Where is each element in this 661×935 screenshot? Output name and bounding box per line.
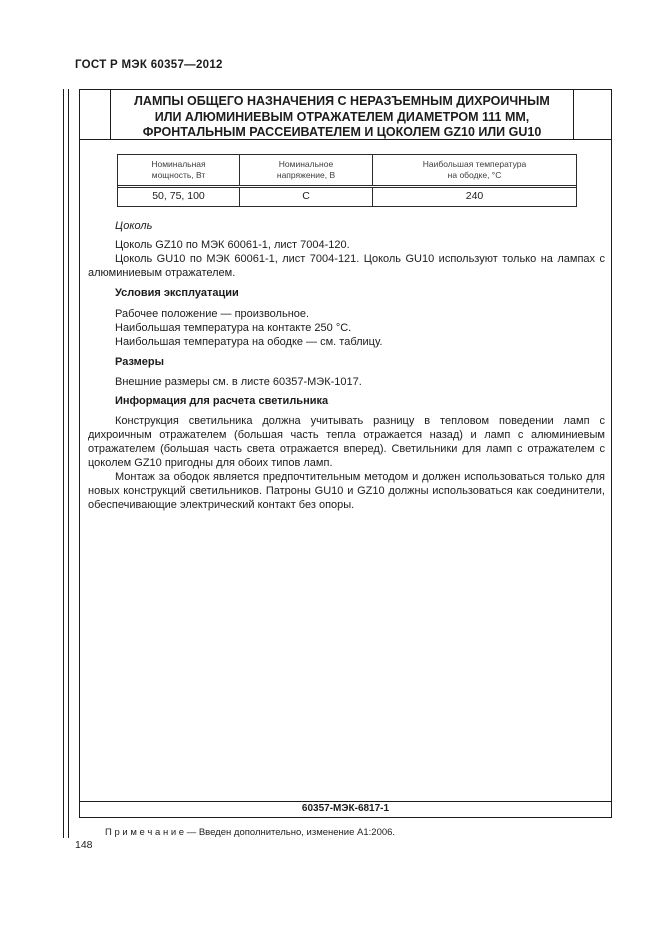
- cap-paragraph-1: Цоколь GZ10 по МЭК 60061-1, лист 7004-12…: [115, 238, 605, 252]
- value-temperature: 240: [373, 188, 576, 206]
- operating-line-1: Рабочее положение — произвольное.: [115, 307, 605, 321]
- header-temperature: Наибольшая температура на ободке, °С: [373, 155, 576, 185]
- luminaire-paragraph-2: Монтаж за ободок является предпочтительн…: [88, 470, 605, 512]
- title-line-2: ИЛИ АЛЮМИНИЕВЫМ ОТРАЖАТЕЛЕМ ДИАМЕТРОМ 11…: [111, 110, 573, 126]
- operating-line-2: Наибольшая температура на контакте 250 °…: [115, 321, 605, 335]
- ratings-table: Номинальная мощность, Вт Номинальное нап…: [117, 154, 577, 207]
- section-heading-operating: Условия эксплуатации: [115, 286, 605, 300]
- sheet-number-cell: 60357-МЭК-6817-1: [80, 801, 611, 817]
- title-line-3: ФРОНТАЛЬНЫМ РАССЕИВАТЕЛЕМ И ЦОКОЛЕМ GZ10…: [111, 125, 573, 141]
- left-double-rule: [63, 89, 69, 838]
- title-right-cell: [573, 90, 611, 139]
- sheet-number: 60357-МЭК-6817-1: [302, 803, 389, 814]
- section-heading-dimensions: Размеры: [115, 355, 605, 369]
- table-header-row: Номинальная мощность, Вт Номинальное нап…: [118, 155, 576, 188]
- operating-line-3: Наибольшая температура на ободке — см. т…: [115, 335, 605, 349]
- title-block: ЛАМПЫ ОБЩЕГО НАЗНАЧЕНИЯ С НЕРАЗЪЕМНЫМ ДИ…: [80, 90, 611, 140]
- value-power: 50, 75, 100: [118, 188, 240, 206]
- cap-paragraph-2: Цоколь GU10 по МЭК 60061-1, лист 7004-12…: [88, 252, 605, 280]
- luminaire-paragraph-1: Конструкция светильника должна учитывать…: [88, 414, 605, 470]
- title-left-cell: [80, 90, 111, 139]
- header-power: Номинальная мощность, Вт: [118, 155, 240, 185]
- document-page: ГОСТ Р МЭК 60357—2012 ЛАМПЫ ОБЩЕГО НАЗНА…: [0, 0, 661, 935]
- page-number: 148: [75, 839, 93, 851]
- standard-designation: ГОСТ Р МЭК 60357—2012: [75, 59, 223, 71]
- value-voltage: С: [240, 188, 373, 206]
- title-line-1: ЛАМПЫ ОБЩЕГО НАЗНАЧЕНИЯ С НЕРАЗЪЕМНЫМ ДИ…: [111, 94, 573, 110]
- section-heading-luminaire: Информация для расчета светильника: [115, 394, 605, 408]
- amendment-note: П р и м е ч а н и е — Введен дополнитель…: [105, 827, 395, 838]
- table-data-row: 50, 75, 100 С 240: [118, 188, 576, 206]
- datasheet-title: ЛАМПЫ ОБЩЕГО НАЗНАЧЕНИЯ С НЕРАЗЪЕМНЫМ ДИ…: [111, 90, 573, 139]
- dimensions-paragraph: Внешние размеры см. в листе 60357-МЭК-10…: [115, 375, 605, 389]
- section-heading-cap: Цоколь: [115, 219, 605, 233]
- header-voltage: Номинальное напряжение, В: [240, 155, 373, 185]
